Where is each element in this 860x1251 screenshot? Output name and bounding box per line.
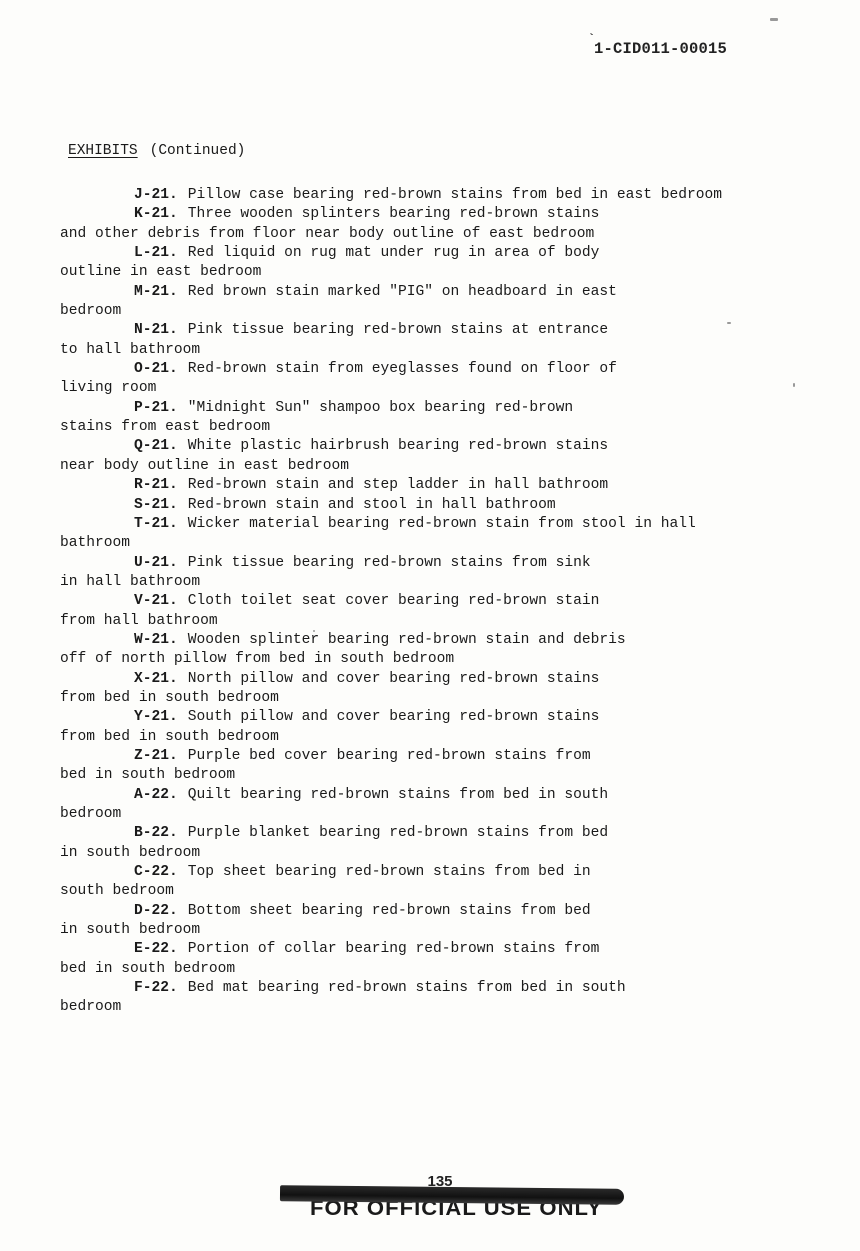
exhibit-description: bathroom — [60, 535, 130, 551]
exhibit-description: bed in south bedroom — [60, 767, 235, 783]
exhibit-item: F-22.Bed mat bearing red-brown stains fr… — [60, 979, 840, 1018]
exhibit-line: Y-21.South pillow and cover bearing red-… — [60, 708, 840, 727]
exhibit-description: "Midnight Sun" shampoo box bearing red-b… — [188, 400, 573, 416]
exhibit-description: Red liquid on rug mat under rug in area … — [188, 245, 600, 261]
exhibit-line: bedroom — [60, 998, 840, 1017]
exhibit-line: W-21.Wooden splinter bearing red-brown s… — [60, 631, 840, 650]
exhibit-item: Z-21.Purple bed cover bearing red-brown … — [60, 747, 840, 786]
exhibit-line: F-22.Bed mat bearing red-brown stains fr… — [60, 979, 840, 998]
exhibit-code: E-22. — [134, 941, 178, 957]
exhibit-code: O-21. — [134, 361, 178, 377]
exhibit-code: B-22. — [134, 825, 178, 841]
exhibit-description: Bottom sheet bearing red-brown stains fr… — [188, 903, 591, 919]
exhibit-line: Z-21.Purple bed cover bearing red-brown … — [60, 747, 840, 766]
exhibit-list: J-21.Pillow case bearing red-brown stain… — [60, 186, 840, 1018]
exhibit-line: L-21.Red liquid on rug mat under rug in … — [60, 244, 840, 263]
exhibit-description: bed in south bedroom — [60, 961, 235, 977]
exhibit-line: Q-21.White plastic hairbrush bearing red… — [60, 437, 840, 456]
exhibit-description: Red-brown stain and stool in hall bathro… — [188, 497, 556, 513]
exhibit-line: P-21."Midnight Sun" shampoo box bearing … — [60, 399, 840, 418]
exhibit-line: living room — [60, 379, 840, 398]
exhibit-line: in south bedroom — [60, 844, 840, 863]
exhibit-item: P-21."Midnight Sun" shampoo box bearing … — [60, 399, 840, 438]
exhibit-item: R-21.Red-brown stain and step ladder in … — [60, 476, 840, 495]
exhibit-description: outline in east bedroom — [60, 264, 261, 280]
exhibit-line: bedroom — [60, 302, 840, 321]
exhibit-line: C-22.Top sheet bearing red-brown stains … — [60, 863, 840, 882]
exhibit-description: from hall bathroom — [60, 613, 218, 629]
exhibit-line: E-22.Portion of collar bearing red-brown… — [60, 940, 840, 959]
exhibit-description: Top sheet bearing red-brown stains from … — [188, 864, 591, 880]
exhibit-line: bed in south bedroom — [60, 766, 840, 785]
exhibit-description: south bedroom — [60, 883, 174, 899]
exhibit-item: X-21.North pillow and cover bearing red-… — [60, 670, 840, 709]
exhibit-line: near body outline in east bedroom — [60, 457, 840, 476]
exhibit-item: V-21.Cloth toilet seat cover bearing red… — [60, 592, 840, 631]
exhibit-line: to hall bathroom — [60, 341, 840, 360]
exhibit-line: in hall bathroom — [60, 573, 840, 592]
exhibit-code: U-21. — [134, 555, 178, 571]
exhibit-description: White plastic hairbrush bearing red-brow… — [188, 438, 608, 454]
exhibit-line: from hall bathroom — [60, 612, 840, 631]
exhibit-description: stains from east bedroom — [60, 419, 270, 435]
exhibit-line: X-21.North pillow and cover bearing red-… — [60, 670, 840, 689]
exhibit-code: P-21. — [134, 400, 178, 416]
section-title: EXHIBITS — [68, 143, 138, 159]
exhibit-description: Bed mat bearing red-brown stains from be… — [188, 980, 626, 996]
document-id: ` 1-CID011-00015 — [594, 40, 727, 58]
exhibit-item: S-21.Red-brown stain and stool in hall b… — [60, 496, 840, 515]
exhibit-description: Pink tissue bearing red-brown stains at … — [188, 322, 608, 338]
exhibit-code: D-22. — [134, 903, 178, 919]
exhibit-line: M-21.Red brown stain marked "PIG" on hea… — [60, 283, 840, 302]
scan-mark: ` — [588, 32, 595, 46]
exhibit-item: M-21.Red brown stain marked "PIG" on hea… — [60, 283, 840, 322]
document-id-text: 1-CID011-00015 — [594, 40, 727, 58]
exhibit-code: M-21. — [134, 284, 178, 300]
exhibit-code: L-21. — [134, 245, 178, 261]
exhibit-description: in hall bathroom — [60, 574, 200, 590]
exhibit-line: bed in south bedroom — [60, 960, 840, 979]
exhibit-description: from bed in south bedroom — [60, 690, 279, 706]
exhibit-description: off of north pillow from bed in south be… — [60, 651, 454, 667]
exhibit-item: B-22.Purple blanket bearing red-brown st… — [60, 824, 840, 863]
exhibit-description: bedroom — [60, 999, 121, 1015]
exhibit-description: Wicker material bearing red-brown stain … — [188, 516, 696, 532]
exhibit-description: Red-brown stain from eyeglasses found on… — [188, 361, 617, 377]
exhibit-description: Purple bed cover bearing red-brown stain… — [188, 748, 591, 764]
exhibit-description: South pillow and cover bearing red-brown… — [188, 709, 600, 725]
exhibit-code: X-21. — [134, 671, 178, 687]
exhibit-line: K-21.Three wooden splinters bearing red-… — [60, 205, 840, 224]
exhibit-description: Portion of collar bearing red-brown stai… — [188, 941, 600, 957]
exhibit-line: in south bedroom — [60, 921, 840, 940]
exhibit-code: Z-21. — [134, 748, 178, 764]
exhibit-line: stains from east bedroom — [60, 418, 840, 437]
document-page: ` 1-CID011-00015 EXHIBITS(Continued) J-2… — [0, 0, 860, 1251]
exhibit-item: J-21.Pillow case bearing red-brown stain… — [60, 186, 840, 205]
exhibit-code: N-21. — [134, 322, 178, 338]
section-subtitle: (Continued) — [150, 143, 246, 159]
exhibit-line: J-21.Pillow case bearing red-brown stain… — [60, 186, 840, 205]
exhibit-item: C-22.Top sheet bearing red-brown stains … — [60, 863, 840, 902]
exhibit-code: F-22. — [134, 980, 178, 996]
exhibit-item: Q-21.White plastic hairbrush bearing red… — [60, 437, 840, 476]
exhibit-code: Q-21. — [134, 438, 178, 454]
exhibit-line: R-21.Red-brown stain and step ladder in … — [60, 476, 840, 495]
exhibit-item: L-21.Red liquid on rug mat under rug in … — [60, 244, 840, 283]
exhibit-item: N-21.Pink tissue bearing red-brown stain… — [60, 321, 840, 360]
exhibit-line: V-21.Cloth toilet seat cover bearing red… — [60, 592, 840, 611]
exhibit-description: Purple blanket bearing red-brown stains … — [188, 825, 608, 841]
exhibit-line: U-21.Pink tissue bearing red-brown stain… — [60, 554, 840, 573]
exhibit-line: N-21.Pink tissue bearing red-brown stain… — [60, 321, 840, 340]
section-heading: EXHIBITS(Continued) — [68, 143, 245, 159]
exhibit-code: J-21. — [134, 187, 178, 203]
exhibit-line: bathroom — [60, 534, 840, 553]
exhibit-code: T-21. — [134, 516, 178, 532]
exhibit-description: Wooden splinter bearing red-brown stain … — [188, 632, 626, 648]
exhibit-item: A-22.Quilt bearing red-brown stains from… — [60, 786, 840, 825]
exhibit-description: North pillow and cover bearing red-brown… — [188, 671, 600, 687]
exhibit-line: outline in east bedroom — [60, 263, 840, 282]
exhibit-code: V-21. — [134, 593, 178, 609]
exhibit-line: D-22.Bottom sheet bearing red-brown stai… — [60, 902, 840, 921]
exhibit-code: W-21. — [134, 632, 178, 648]
exhibit-line: from bed in south bedroom — [60, 689, 840, 708]
exhibit-description: to hall bathroom — [60, 342, 200, 358]
exhibit-line: S-21.Red-brown stain and stool in hall b… — [60, 496, 840, 515]
exhibit-description: Three wooden splinters bearing red-brown… — [188, 206, 600, 222]
exhibit-item: T-21.Wicker material bearing red-brown s… — [60, 515, 840, 554]
exhibit-line: B-22.Purple blanket bearing red-brown st… — [60, 824, 840, 843]
exhibit-line: O-21.Red-brown stain from eyeglasses fou… — [60, 360, 840, 379]
exhibit-description: living room — [60, 380, 156, 396]
exhibit-description: Red brown stain marked "PIG" on headboar… — [188, 284, 617, 300]
exhibit-description: Pillow case bearing red-brown stains fro… — [188, 187, 722, 203]
exhibit-description: Red-brown stain and step ladder in hall … — [188, 477, 608, 493]
exhibit-code: S-21. — [134, 497, 178, 513]
exhibit-description: from bed in south bedroom — [60, 729, 279, 745]
exhibit-description: Pink tissue bearing red-brown stains fro… — [188, 555, 591, 571]
exhibit-description: Cloth toilet seat cover bearing red-brow… — [188, 593, 600, 609]
exhibit-code: C-22. — [134, 864, 178, 880]
exhibit-code: R-21. — [134, 477, 178, 493]
exhibit-description: Quilt bearing red-brown stains from bed … — [188, 787, 608, 803]
exhibit-line: A-22.Quilt bearing red-brown stains from… — [60, 786, 840, 805]
exhibit-item: U-21.Pink tissue bearing red-brown stain… — [60, 554, 840, 593]
exhibit-description: and other debris from floor near body ou… — [60, 226, 594, 242]
exhibit-item: E-22.Portion of collar bearing red-brown… — [60, 940, 840, 979]
exhibit-line: off of north pillow from bed in south be… — [60, 650, 840, 669]
exhibit-item: Y-21.South pillow and cover bearing red-… — [60, 708, 840, 747]
exhibit-code: Y-21. — [134, 709, 178, 725]
exhibit-item: D-22.Bottom sheet bearing red-brown stai… — [60, 902, 840, 941]
exhibit-line: and other debris from floor near body ou… — [60, 225, 840, 244]
exhibit-code: A-22. — [134, 787, 178, 803]
exhibit-description: near body outline in east bedroom — [60, 458, 349, 474]
exhibit-item: O-21.Red-brown stain from eyeglasses fou… — [60, 360, 840, 399]
exhibit-item: K-21.Three wooden splinters bearing red-… — [60, 205, 840, 244]
scan-artifact — [770, 18, 778, 21]
exhibit-line: south bedroom — [60, 882, 840, 901]
exhibit-line: from bed in south bedroom — [60, 728, 840, 747]
exhibit-code: K-21. — [134, 206, 178, 222]
exhibit-line: T-21.Wicker material bearing red-brown s… — [60, 515, 840, 534]
exhibit-item: W-21.Wooden splinter bearing red-brown s… — [60, 631, 840, 670]
exhibit-line: bedroom — [60, 805, 840, 824]
exhibit-description: bedroom — [60, 303, 121, 319]
exhibit-description: bedroom — [60, 806, 121, 822]
exhibit-description: in south bedroom — [60, 922, 200, 938]
exhibit-description: in south bedroom — [60, 845, 200, 861]
